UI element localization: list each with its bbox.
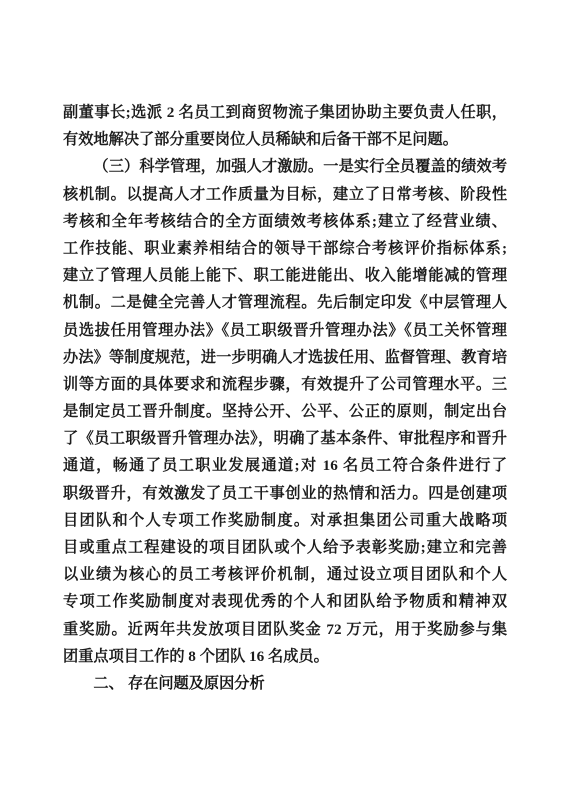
paragraph-line: 专项工作奖励制度对表现优秀的个人和团队给予物质和精神双 (63, 588, 507, 615)
paragraph-line: 副董事长;选派 2 名员工到商贸物流子集团协助主要负责人任职， (63, 99, 507, 126)
paragraph-line: 员选拔任用管理办法》《员工职级晋升管理办法》《员工关怀管理 (63, 317, 507, 344)
paragraph-line: 了《员工职级晋升管理办法》，明确了基本条件、审批程序和晋升 (63, 425, 507, 452)
paragraph-line: 工作技能、职业素养相结合的领导干部综合考核评价指标体系; (63, 235, 507, 262)
paragraph-line: 机制。二是健全完善人才管理流程。先后制定印发《中层管理人 (63, 289, 507, 316)
paragraph-line: 训等方面的具体要求和流程步骤，有效提升了公司管理水平。三 (63, 371, 507, 398)
paragraph-line: 以业绩为核心的员工考核评价机制，通过设立项目团队和个人 (63, 561, 507, 588)
paragraph-line: 有效地解决了部分重要岗位人员稀缺和后备干部不足问题。 (63, 126, 507, 153)
paragraph-line: 核机制。以提高人才工作质量为目标，建立了日常考核、阶段性 (63, 181, 507, 208)
paragraph-line: 职级晋升，有效激发了员工干事创业的热情和活力。四是创建项 (63, 480, 507, 507)
paragraph-line: 重奖励。近两年共发放项目团队奖金 72 万元，用于奖励参与集 (63, 616, 507, 643)
document-page: 副董事长;选派 2 名员工到商贸物流子集团协助主要负责人任职， 有效地解决了部分… (0, 0, 570, 807)
paragraph-line: 目或重点工程建设的项目团队或个人给予表彰奖励;建立和完善 (63, 534, 507, 561)
paragraph-line: 通道，畅通了员工职业发展通道;对 16 名员工符合条件进行了 (63, 452, 507, 479)
paragraph-line: 办法》等制度规范，进一步明确人才选拔任用、监督管理、教育培 (63, 344, 507, 371)
paragraph-line: 考核和全年考核结合的全方面绩效考核体系;建立了经营业绩、 (63, 208, 507, 235)
paragraph-line: 目团队和个人专项工作奖励制度。对承担集团公司重大战略项 (63, 507, 507, 534)
paragraph-line: 团重点项目工作的 8 个团队 16 名成员。 (63, 643, 507, 670)
paragraph-line: 是制定员工晋升制度。坚持公开、公平、公正的原则，制定出台 (63, 398, 507, 425)
paragraph-line: （三）科学管理，加强人才激励。一是实行全员覆盖的绩效考 (63, 153, 507, 180)
document-text-block: 副董事长;选派 2 名员工到商贸物流子集团协助主要负责人任职， 有效地解决了部分… (63, 99, 507, 697)
paragraph-line: 建立了管理人员能上能下、职工能进能出、收入能增能减的管理 (63, 262, 507, 289)
section-heading: 二、 存在问题及原因分析 (63, 670, 507, 697)
